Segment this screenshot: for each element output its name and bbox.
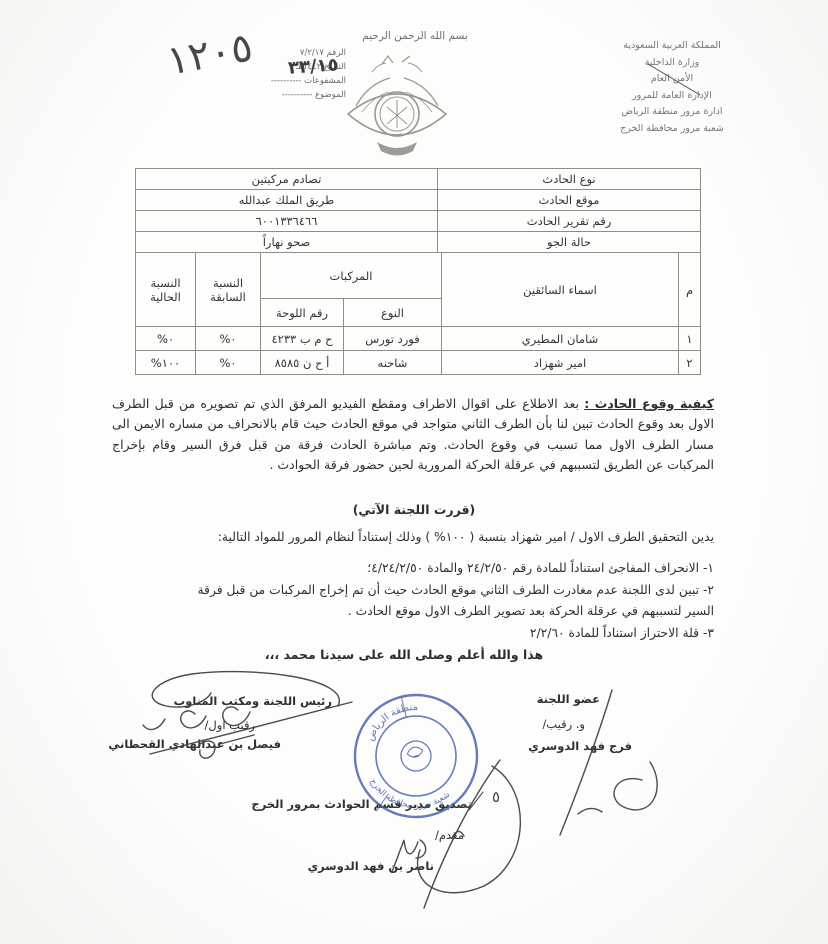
letterhead-line: شعبة مرور محافظة الخرج — [588, 121, 756, 138]
member-rank: و. رقيب/ — [500, 717, 585, 731]
letterhead-line: المملكة العربية السعودية — [588, 38, 756, 55]
accident-info-table: نوع الحادث تصادم مركبتين موقع الحادث طري… — [135, 168, 701, 253]
table-row: ٢ امير شهزاد شاحنه أ ح ن ٨٥٨٥ ٠% ١٠٠% — [136, 351, 701, 375]
accident-location-value: طريق الملك عبدالله — [136, 190, 438, 211]
member-name: فرج فهد الدوسري — [510, 739, 632, 753]
approval-rank: مقدم/ — [408, 828, 464, 842]
accident-type-value: تصادم مركبتين — [136, 169, 438, 190]
prev-pct-cell: ٠% — [196, 327, 261, 351]
stamp-region-text: منطقة الرياض — [359, 700, 425, 745]
curr-pct-cell: ٠% — [136, 327, 196, 351]
plate-cell: أ ح ن ٨٥٨٥ — [261, 351, 344, 375]
driver-name-cell: شامان المطيري — [442, 327, 679, 351]
bismillah-text: بسم الله الرحمن الرحيم — [330, 30, 500, 42]
curr-pct-cell: ١٠٠% — [136, 351, 196, 375]
traffic-emblem — [342, 52, 452, 166]
col-plate: رقم اللوحة — [261, 299, 344, 327]
handwritten-date: ٣٣/١٥ — [287, 54, 339, 78]
decision-items: ١- الانحراف المفاجئ استناداً للمادة رقم … — [114, 558, 714, 645]
vehicle-type-cell: شاحنه — [344, 351, 442, 375]
serial-cell: ١ — [679, 327, 701, 351]
col-vehicles: المركبات — [261, 253, 442, 299]
chairman-name: فيصل بن عبدالهادي القحطاني — [126, 737, 281, 751]
decision-item-3: ٣- قلة الاحتراز استناداً للمادة ٢/٢/٦٠ — [114, 623, 714, 644]
table-row: رقم تقرير الحادث ٦٠٠١٣٣٦٤٦٦ — [136, 211, 701, 232]
table-row: حالة الجو صحو نهاراً — [136, 232, 701, 253]
letterhead-line: ادارة مرور منطقة الرياض — [588, 104, 756, 121]
drivers-table: م اسماء السائقين المركبات النسبة السابقة… — [135, 252, 701, 375]
accident-type-label: نوع الحادث — [438, 169, 701, 190]
col-type: النوع — [344, 299, 442, 327]
svg-text:منطقة الرياض: منطقة الرياض — [359, 700, 425, 745]
plate-cell: ح م ب ٤٢٣٣ — [261, 327, 344, 351]
chairman-title: رئيس اللجنة ومكتب المناوب — [140, 694, 332, 708]
closing-line: هذا والله أعلم وصلى الله على سيدنا محمد … — [114, 647, 694, 662]
driver-name-cell: امير شهزاد — [442, 351, 679, 375]
col-serial: م — [679, 253, 701, 327]
table-row: موقع الحادث طريق الملك عبدالله — [136, 190, 701, 211]
prev-pct-cell: ٠% — [196, 351, 261, 375]
decision-heading: (قررت اللجنة الآتي) — [114, 502, 714, 517]
col-curr-pct: النسبة الحالية — [136, 253, 196, 327]
col-drivers: اسماء السائقين — [442, 253, 679, 327]
col-prev-pct: النسبة السابقة — [196, 253, 261, 327]
narrative-paragraph: كيفية وقوع الحادث : بعد الاطلاع على اقوا… — [112, 394, 714, 475]
accident-location-label: موقع الحادث — [438, 190, 701, 211]
table-row: نوع الحادث تصادم مركبتين — [136, 169, 701, 190]
decision-intro: يدين التحقيق الطرف الاول / امير شهزاد بن… — [114, 530, 714, 544]
ref-attachments-line: المشفوعات ---------- — [228, 74, 346, 88]
table-row: ١ شامان المطيري فورد تورس ح م ب ٤٢٣٣ ٠% … — [136, 327, 701, 351]
decision-item-2: ٢- تبين لدى اللجنة عدم مغادرت الطرف الثا… — [114, 580, 714, 622]
letterhead-line: وزارة الداخلية — [588, 55, 756, 72]
serial-cell: ٢ — [679, 351, 701, 375]
letterhead-line: الأمن العام — [588, 71, 756, 88]
letterhead: المملكة العربية السعودية وزارة الداخلية … — [588, 38, 756, 137]
decision-item-1: ١- الانحراف المفاجئ استناداً للمادة رقم … — [114, 558, 714, 579]
chairman-rank: رقيب اول/ — [170, 718, 255, 732]
table-header-row: م اسماء السائقين المركبات النسبة السابقة… — [136, 253, 701, 299]
narrative-heading: كيفية وقوع الحادث : — [584, 396, 714, 411]
scanned-accident-report: بسم الله الرحمن الرحيم المملكة العربية ا… — [0, 0, 828, 944]
emblem-banner — [377, 142, 417, 156]
member-title: عضو اللجنة — [500, 692, 600, 706]
report-number-value: ٦٠٠١٣٣٦٤٦٦ — [136, 211, 438, 232]
approval-name: ناصر بن فهد الدوسري — [306, 859, 434, 873]
vehicle-type-cell: فورد تورس — [344, 327, 442, 351]
weather-label: حالة الجو — [438, 232, 701, 253]
member-signature — [560, 690, 657, 835]
ref-subject-line: الموضوع ---------- — [228, 88, 346, 102]
report-number-label: رقم تقرير الحادث — [438, 211, 701, 232]
official-stamp: منطقة الرياض شعبة مرور محافظة الخرج — [336, 676, 496, 836]
weather-value: صحو نهاراً — [136, 232, 438, 253]
letterhead-line: الإدارة العامة للمرور — [588, 88, 756, 105]
